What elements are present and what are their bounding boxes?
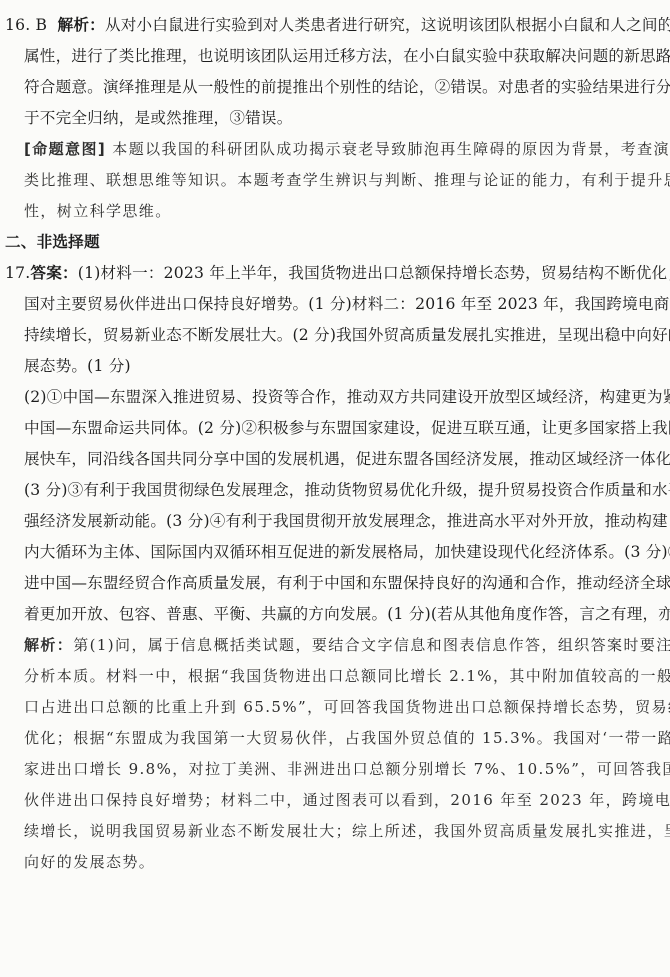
q17-p2-line-2: 中国—东盟命运共同体。(2 分)②积极参与东盟国家建设，促进互联互通，让更多国家…: [24, 413, 664, 444]
q17-answer-label: 答案：: [30, 264, 77, 282]
q17-analysis1-line-7: 续增长，说明我国贸易新业态不断发展壮大；综上所述，我国外贸高质量发展扎实推进，呈…: [24, 816, 664, 847]
q17-p1-line-2: 国对主要贸易伙伴进出口保持良好增势。(1 分)材料二：2016 年至 2023 …: [24, 289, 664, 320]
q17-analysis1-line-1: 解析：第(1)问，属于信息概括类试题，要结合文字信息和图表信息作答，组织答案时要…: [24, 630, 664, 661]
q16-intent-line-1: [命题意图] 本题以我国的科研团队成功揭示衰老导致肺泡再生障碍的原因为背景，考查…: [24, 134, 664, 165]
q17-p2-line-8: 着更加开放、包容、普惠、平衡、共赢的方向发展。(1 分)(若从其他角度作答，言之…: [24, 599, 664, 630]
q17-p2-line-4: (3 分)③有利于我国贯彻绿色发展理念，推动货物贸易优化升级，提升贸易投资合作质…: [24, 475, 664, 506]
q16-line-4: 于不完全归纳，是或然推理，③错误。: [24, 103, 664, 134]
q16-line-2: 属性，进行了类比推理，也说明该团队运用迁移方法，在小白鼠实验中获取解决问题的新思…: [24, 41, 664, 72]
q17-p1-line-3: 持续增长，贸易新业态不断发展壮大。(2 分)我国外贸高质量发展扎实推进，呈现出稳…: [24, 320, 664, 351]
q17-analysis-label: 解析：: [24, 636, 73, 654]
q17-line-1: 17.答案：(1)材料一：2023 年上半年，我国货物进出口总额保持增长态势，贸…: [5, 258, 665, 289]
q17-p2-line-3: 展快车，同沿线各国共同分享中国的发展机遇，促进东盟各国经济发展，推动区域经济一体…: [24, 444, 664, 475]
q17-p1-line-4: 展态势。(1 分): [24, 351, 664, 382]
q17-analysis1-line-6: 伙伴进出口保持良好增势；材料二中，通过图表可以看到，2016 年至 2023 年…: [24, 785, 664, 816]
q17-p2-line-7: 进中国—东盟经贸合作高质量发展，有利于中国和东盟保持良好的沟通和合作，推动经济全…: [24, 568, 664, 599]
answer-key-page: 16. B 解析：从对小白鼠进行实验到对人类患者进行研究，这说明该团队根据小白鼠…: [0, 0, 670, 977]
q16-number: 16. B: [5, 16, 47, 34]
q17-p2-line-5: 强经济发展新动能。(3 分)④有利于我国贯彻开放发展理念，推进高水平对外开放，推…: [24, 506, 664, 537]
section-heading: 二、非选择题: [5, 227, 665, 258]
q16-line-3: 符合题意。演绎推理是从一般性的前提推出个别性的结论，②错误。对患者的实验结果进行…: [24, 72, 664, 103]
q17-analysis1-line-5: 家进出口增长 9.8%，对拉丁美洲、非洲进出口总额分别增长 7%、10.5%”，…: [24, 754, 664, 785]
q17-analysis1-line-4: 优化；根据“东盟成为我国第一大贸易伙伴，占我国外贸总值的 15.3%。我国对‘一…: [24, 723, 664, 754]
q17-p2-line-6: 内大循环为主体、国际国内双循环相互促进的新发展格局，加快建设现代化经济体系。(3…: [24, 537, 664, 568]
q17-analysis1-line-8: 向好的发展态势。: [24, 847, 664, 878]
q16-analysis-label: 解析：: [58, 16, 105, 34]
q17-p2-line-1: (2)①中国—东盟深入推进贸易、投资等合作，推动双方共同建设开放型区域经济，构建…: [24, 382, 664, 413]
q16-line-1: 16. B 解析：从对小白鼠进行实验到对人类患者进行研究，这说明该团队根据小白鼠…: [5, 10, 665, 41]
intent-label: [命题意图]: [24, 140, 106, 158]
q16-intent-line-3: 性，树立科学思维。: [24, 196, 664, 227]
q17-analysis1-line-3: 口占进出口总额的比重上升到 65.5%”，可回答我国货物进出口总额保持增长态势，…: [24, 692, 664, 723]
q16-intent-line-2: 类比推理、联想思维等知识。本题考查学生辨识与判断、推理与论证的能力，有利于提升思…: [24, 165, 664, 196]
q17-analysis1-line-2: 分析本质。材料一中，根据“我国货物进出口总额同比增长 2.1%，其中附加值较高的…: [24, 661, 664, 692]
q17-number: 17.: [5, 264, 30, 282]
